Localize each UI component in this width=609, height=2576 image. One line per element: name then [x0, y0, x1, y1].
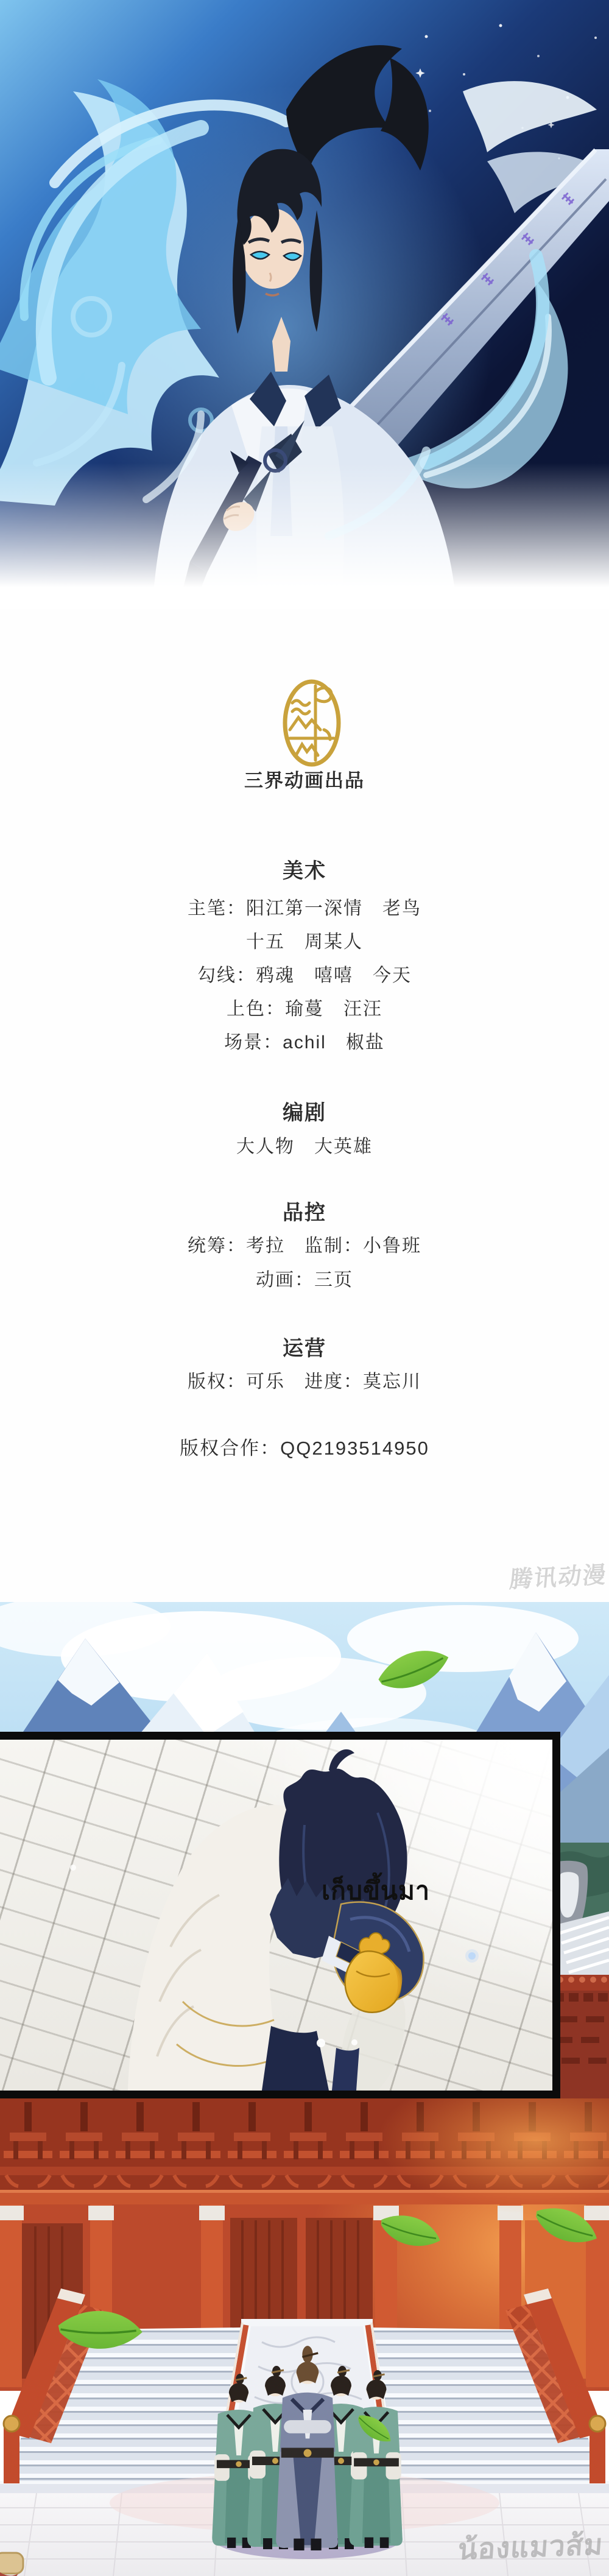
studio-seal-icon: [275, 677, 348, 769]
credits-line: 主笔：阳江第一深情 老鸟: [0, 893, 609, 920]
credits-heading-qc: 品控: [0, 1196, 609, 1226]
credits-section: 三界动画出品 美术 主笔：阳江第一深情 老鸟 十五 周某人 勾线：鸦魂 嘻嘻 今…: [0, 609, 609, 1602]
studio-line: 三界动画出品: [0, 765, 609, 792]
scene2-art: [0, 2098, 609, 2576]
credits-heading-art: 美术: [0, 854, 609, 884]
credits-line: 场景：achil 椒盐: [0, 1027, 609, 1054]
bending-character: [128, 1749, 424, 2091]
scene-mountain-panel: เก็บขึ้นมา: [0, 1602, 609, 2098]
comic-panel: เก็บขึ้นมา: [0, 1732, 560, 2098]
credits-line: 十五 周某人: [0, 926, 609, 953]
credits-heading-ops: 运营: [0, 1332, 609, 1361]
platform-watermark: 腾讯动漫: [499, 1555, 609, 1595]
scene-temple-courtyard: [0, 2098, 609, 2576]
partnership-line: 版权合作：QQ2193514950: [0, 1433, 609, 1460]
credits-line: 版权：可乐 进度：莫忘川: [0, 1366, 609, 1393]
scroll-object: [0, 2553, 23, 2576]
credits-line: 大人物 大英雄: [0, 1131, 609, 1158]
cover-illustration: [0, 0, 609, 609]
panel-figure: [0, 1740, 552, 2091]
credits-line: 统筹：考拉 监制：小鲁班: [0, 1230, 609, 1257]
credits-line: 勾线：鸦魂 嘻嘻 今天: [0, 960, 609, 987]
bottom-white-fade: [0, 463, 609, 609]
fan-group-watermark: น้องแมวส้ม: [456, 2521, 609, 2572]
legs: [262, 2026, 329, 2091]
credits-heading-script: 编剧: [0, 1096, 609, 1126]
dialogue-text: เก็บขึ้นมา: [322, 1871, 474, 1911]
webtoon-page: 三界动画出品 美术 主笔：阳江第一深情 老鸟 十五 周某人 勾线：鸦魂 嘻嘻 今…: [0, 0, 609, 2576]
cover-art: [0, 0, 609, 609]
credits-line: 上色：瑜蔓 汪汪: [0, 993, 609, 1020]
credits-line: 动画：三页: [0, 1265, 609, 1291]
